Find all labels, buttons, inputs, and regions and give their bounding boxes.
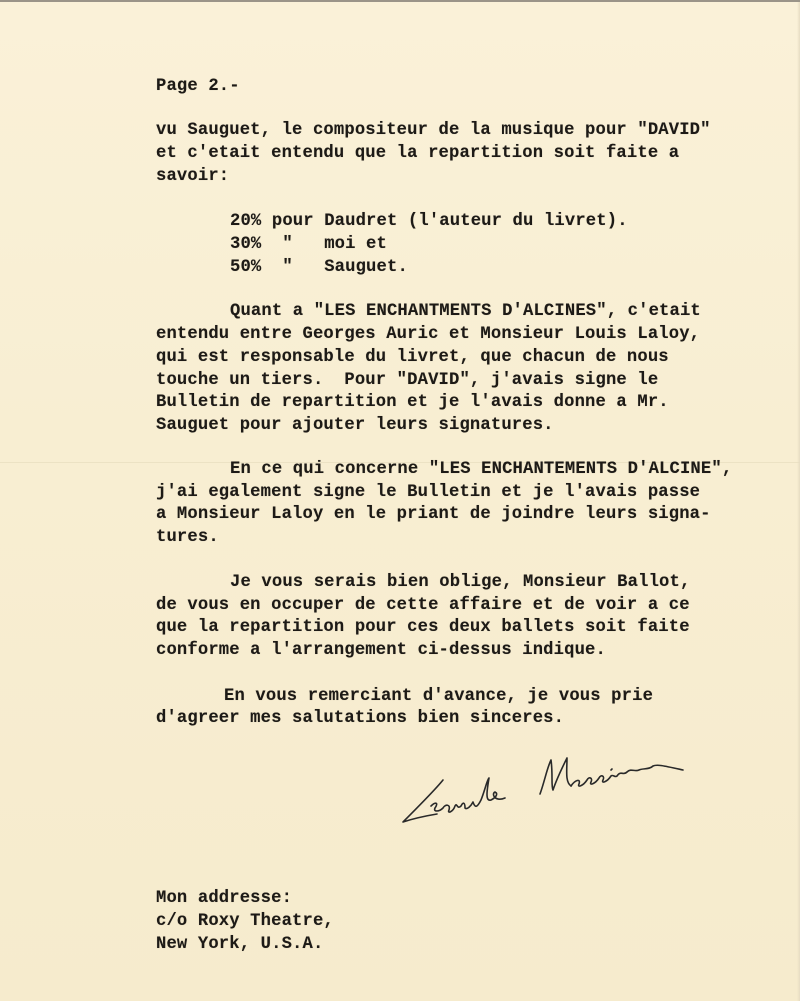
address-line: c/o Roxy Theatre, [156, 911, 334, 933]
paragraph3-line: En ce qui concerne "LES ENCHANTEMENTS D'… [230, 459, 732, 481]
distribution-percent: 30% [230, 235, 261, 254]
distribution-row: 20% pour Daudret (l'auteur du livret). [230, 211, 628, 233]
handwritten-signature [395, 750, 695, 830]
paragraph2-line: Quant a "LES ENCHANTMENTS D'ALCINES", c'… [230, 301, 701, 323]
letter-page: Page 2.- vu Sauguet, le compositeur de l… [0, 0, 800, 1001]
distribution-text: pour Daudret (l'auteur du livret). [261, 212, 627, 231]
paragraph1-line: et c'etait entendu que la repartition so… [156, 143, 679, 165]
distribution-percent: 20% [230, 212, 261, 231]
paragraph4-line: que la repartition pour ces deux ballets… [156, 617, 690, 639]
distribution-row: 50% " Sauguet. [230, 257, 408, 279]
distribution-text: " moi et [261, 235, 387, 254]
paragraph2-line: qui est responsable du livret, que chacu… [156, 347, 669, 369]
page-header: Page 2.- [156, 76, 240, 98]
paragraph2-line: Bulletin de repartition et je l'avais do… [156, 392, 669, 414]
closing-line: d'agreer mes salutations bien sinceres. [156, 708, 564, 730]
paragraph2-line: entendu entre Georges Auric et Monsieur … [156, 324, 700, 346]
paragraph4-line: de vous en occuper de cette affaire et d… [156, 595, 690, 617]
distribution-row: 30% " moi et [230, 234, 387, 256]
paragraph2-line: touche un tiers. Pour "DAVID", j'avais s… [156, 370, 658, 392]
paragraph1-line: vu Sauguet, le compositeur de la musique… [156, 120, 711, 142]
address-line: New York, U.S.A. [156, 934, 323, 956]
paragraph3-line: j'ai egalement signe le Bulletin et je l… [156, 482, 700, 504]
distribution-text: " Sauguet. [261, 258, 408, 277]
address-line: Mon addresse: [156, 888, 292, 910]
distribution-percent: 50% [230, 258, 261, 277]
paragraph4-line: Je vous serais bien oblige, Monsieur Bal… [230, 572, 690, 594]
paragraph4-line: conforme a l'arrangement ci-dessus indiq… [156, 640, 606, 662]
paragraph3-line: a Monsieur Laloy en le priant de joindre… [156, 504, 711, 526]
closing-line: En vous remerciant d'avance, je vous pri… [224, 686, 653, 708]
paragraph3-line: tures. [156, 527, 219, 549]
paragraph1-line: savoir: [156, 166, 229, 188]
paragraph2-line: Sauguet pour ajouter leurs signatures. [156, 415, 554, 437]
